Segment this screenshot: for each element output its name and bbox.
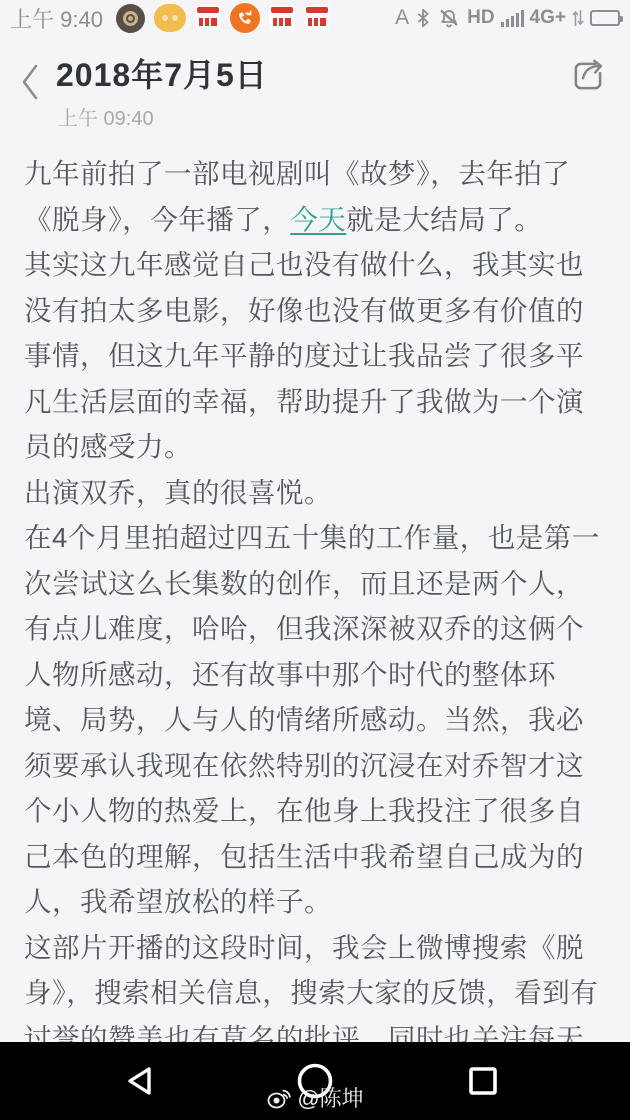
signal-strength-icon	[501, 9, 524, 27]
mute-bell-icon	[437, 6, 461, 30]
nav-back-triangle-icon	[123, 1064, 157, 1098]
status-time: 上午 9:40	[10, 3, 103, 34]
battery-icon	[590, 10, 620, 26]
note-paragraph: 其实这九年感觉自己也没有做什么，我其实也没有拍太多电影，好像也没有做更多有价值的…	[24, 242, 610, 470]
android-navigation-bar: @陈坤	[0, 1042, 630, 1120]
nav-back-button[interactable]	[95, 1042, 185, 1120]
note-header: 2018年7月5日 上午 09:40	[0, 36, 630, 139]
note-time-subtitle: 上午 09:40	[58, 102, 566, 131]
missed-call-icon	[230, 3, 260, 33]
record-app-icon	[116, 4, 145, 33]
nav-recents-button[interactable]	[438, 1042, 528, 1120]
auto-rotate-icon: A	[395, 6, 409, 30]
back-button[interactable]	[14, 56, 48, 108]
note-content[interactable]: 九年前拍了一部电视剧叫《故梦》，去年拍了《脱身》，今年播了，今天就是大结局了。其…	[0, 139, 630, 1107]
note-date-title: 2018年7月5日	[56, 50, 566, 96]
weibo-badge-icon	[304, 5, 330, 31]
hd-voice-icon: HD	[467, 7, 494, 29]
data-arrows-icon	[572, 8, 584, 28]
network-type-label: 4G+	[530, 7, 566, 29]
note-paragraph: 九年前拍了一部电视剧叫《故梦》，去年拍了《脱身》，今年播了，今天就是大结局了。	[24, 151, 610, 242]
nav-home-button[interactable]	[270, 1042, 360, 1120]
notification-icons	[116, 3, 330, 33]
share-icon	[568, 56, 608, 96]
weibo-badge-icon	[269, 5, 295, 31]
note-title-block: 2018年7月5日 上午 09:40	[56, 50, 566, 131]
system-status-icons: A HD 4G+	[395, 6, 620, 30]
chat-notification-icon	[154, 4, 186, 32]
bluetooth-icon	[415, 7, 431, 29]
note-paragraph: 在4个月里拍超过四五十集的工作量，也是第一次尝试这么长集数的创作，而且还是两个人…	[24, 515, 610, 925]
note-paragraph: 出演双乔，真的很喜悦。	[24, 470, 610, 516]
nav-home-circle-icon	[295, 1061, 335, 1101]
nav-recents-square-icon	[466, 1064, 500, 1098]
weibo-badge-icon	[195, 5, 221, 31]
inline-link-today[interactable]: 今天	[290, 204, 346, 235]
share-button[interactable]	[566, 54, 610, 98]
status-bar: 上午 9:40 A HD 4G+	[0, 0, 630, 36]
chevron-left-icon	[20, 62, 42, 102]
